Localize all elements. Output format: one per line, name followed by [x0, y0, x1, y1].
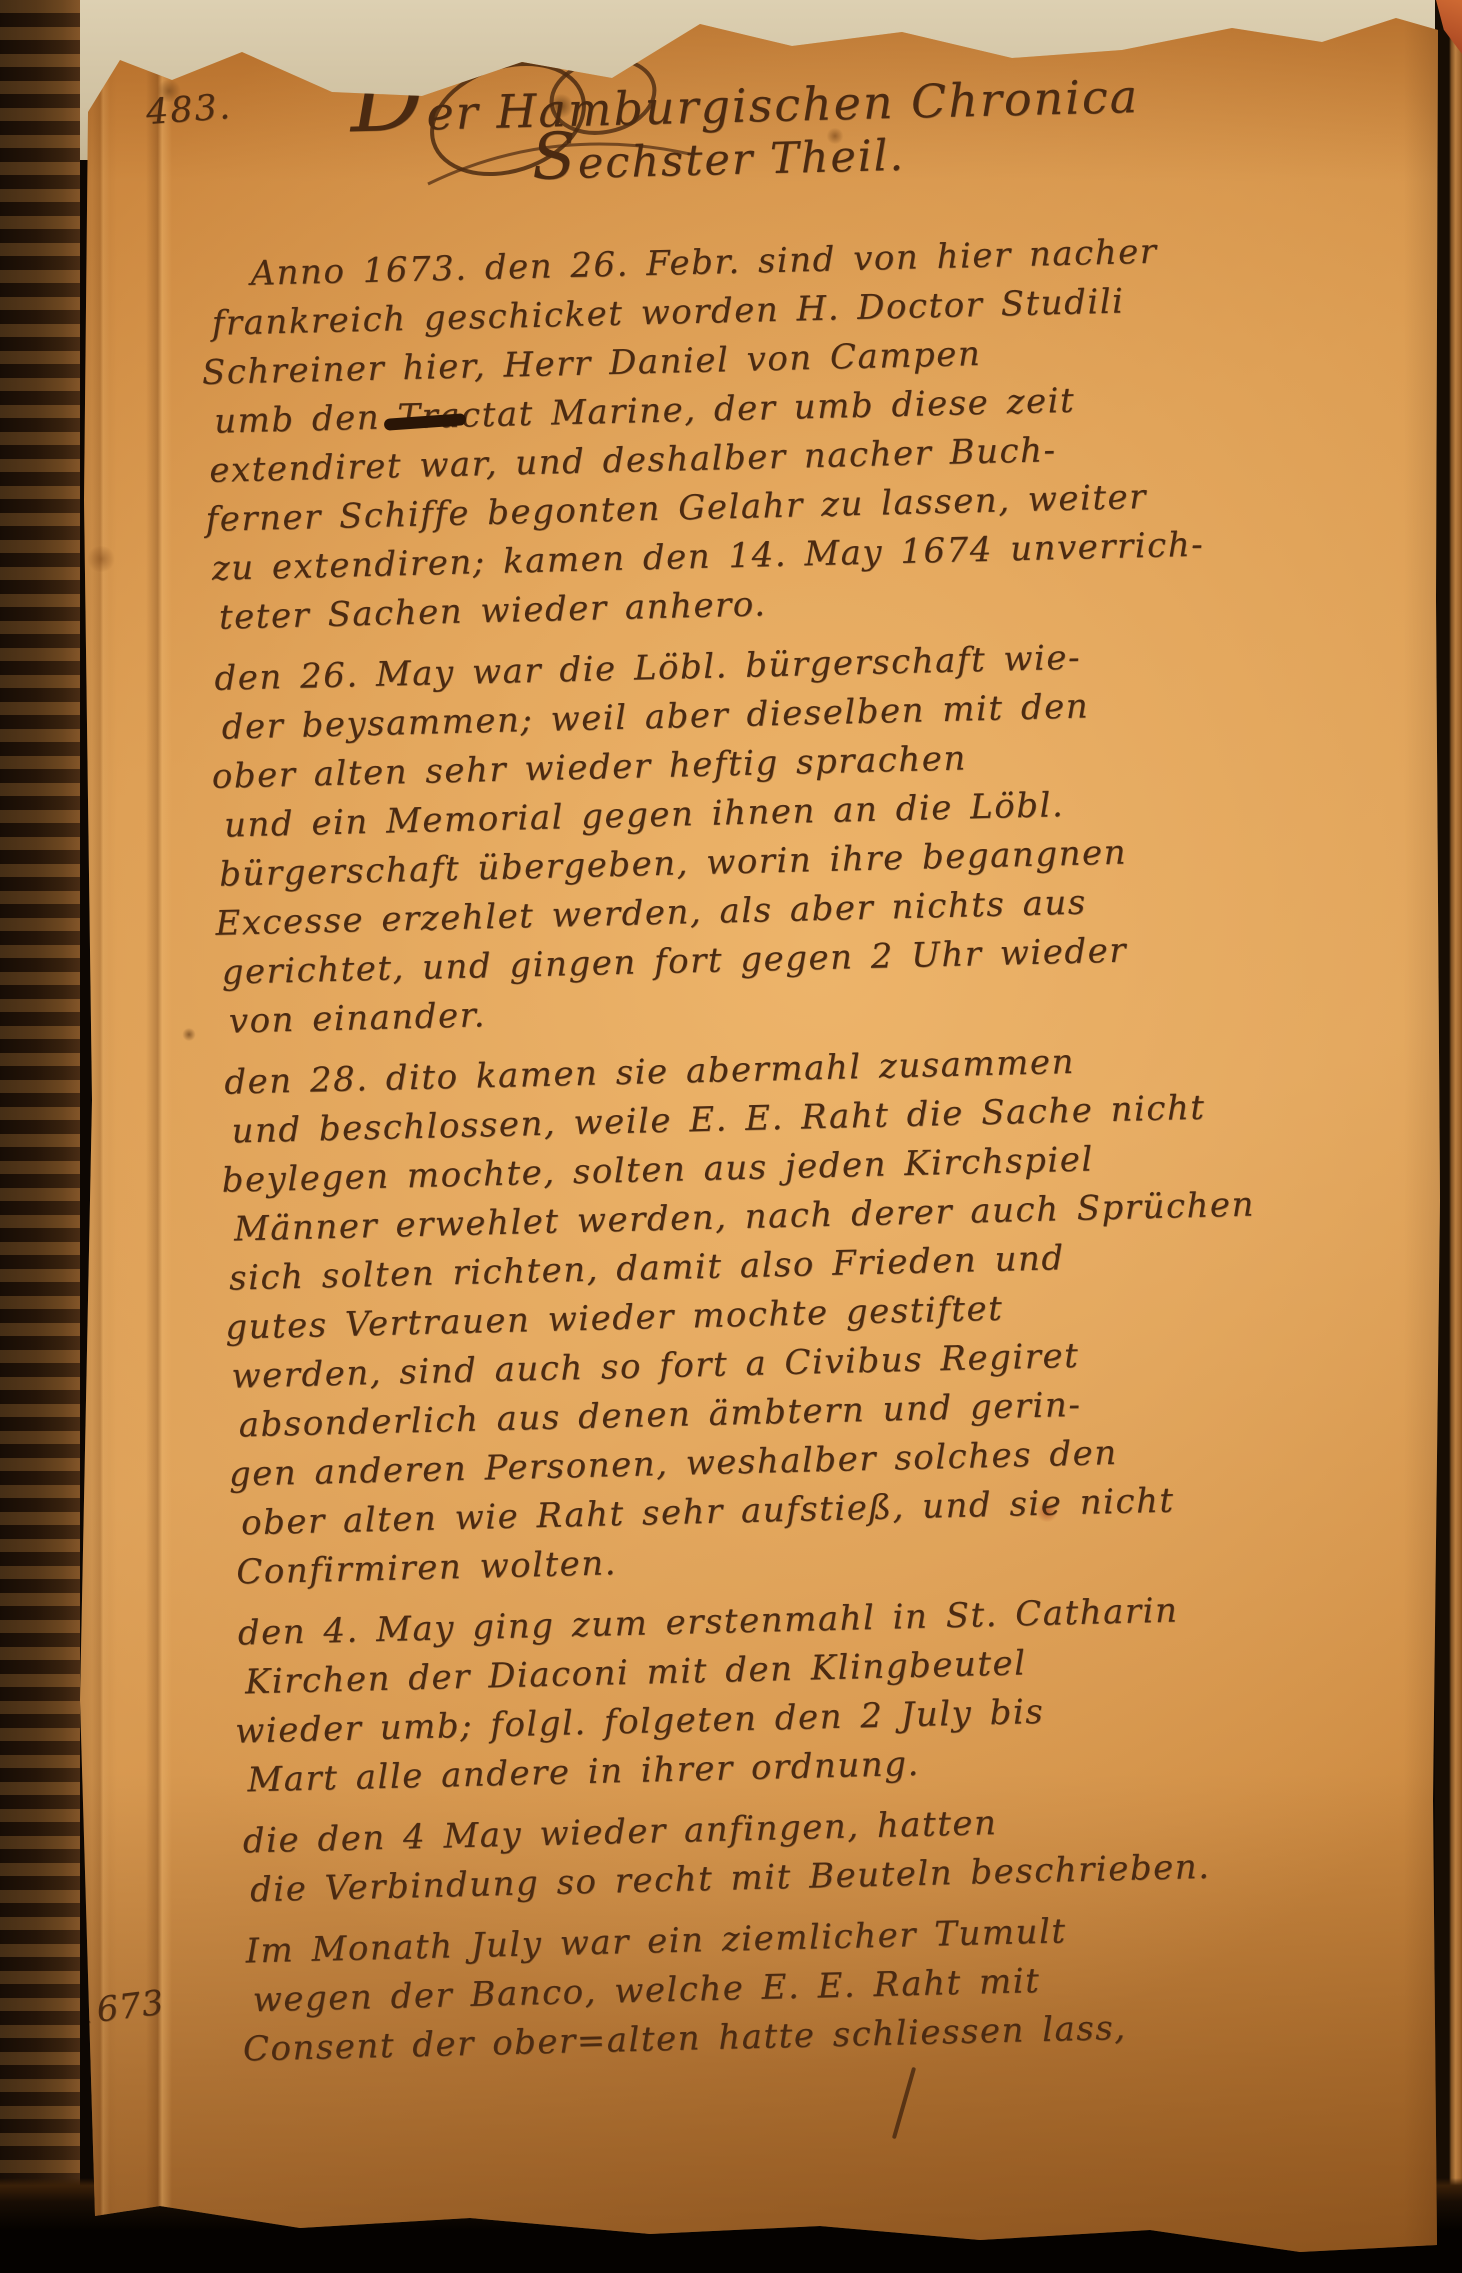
manuscript-photo: 483. Der Hamburgischen Chronica Sechster… — [0, 0, 1462, 2273]
page-crease — [146, 0, 172, 2273]
paragraph: den 4. May ging zum erstenmahl in St. Ca… — [237, 1581, 1411, 1806]
page-crease — [92, 0, 110, 2273]
marginal-year-note: 1673 — [72, 1983, 167, 2034]
paragraph: Anno 1673. den 26. Febr. sind von hier n… — [204, 223, 1383, 643]
paper-stain — [86, 546, 116, 572]
book-spine-edge — [0, 0, 80, 2273]
body-text: Anno 1673. den 26. Febr. sind von hier n… — [204, 223, 1418, 2075]
paragraph: die den 4 May wieder anfingen, hattendie… — [242, 1789, 1414, 1916]
manuscript-page: 483. Der Hamburgischen Chronica Sechster… — [0, 0, 1462, 2273]
paragraph: den 26. May war die Löbl. bürgerschaft w… — [214, 626, 1393, 1046]
paragraph: Im Monath July war ein ziemlicher Tumult… — [245, 1899, 1418, 2075]
pen-flourish — [892, 2067, 916, 2139]
paragraph: den 28. dito kamen sie abermahl zusammen… — [224, 1030, 1407, 1597]
manuscript-text: Der Hamburgischen Chronica Sechster Thei… — [200, 57, 1419, 2086]
ink-stain — [182, 1028, 196, 1041]
